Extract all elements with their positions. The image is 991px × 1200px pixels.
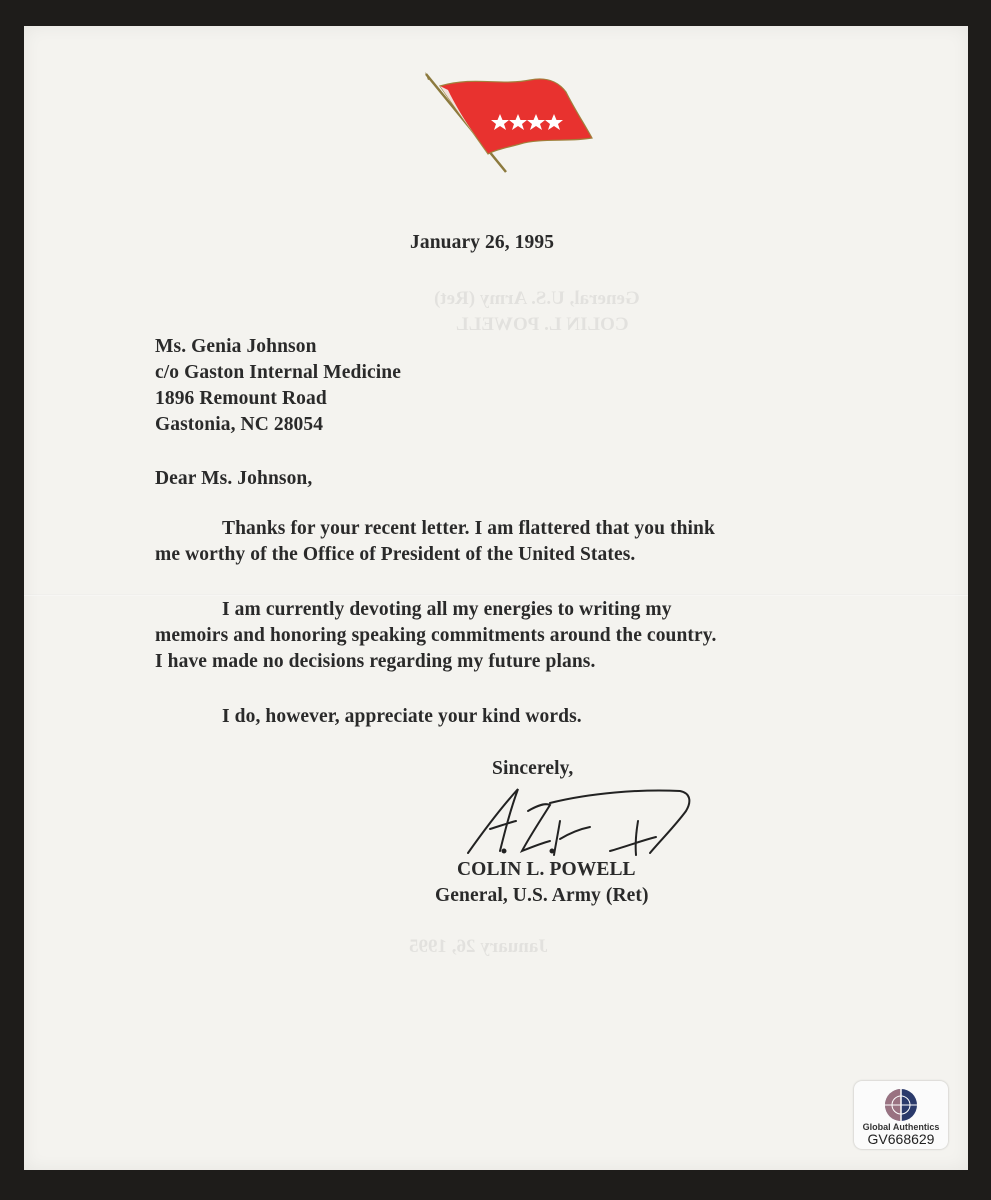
- body-line: Thanks for your recent letter. I am flat…: [222, 516, 715, 542]
- salutation: Dear Ms. Johnson,: [155, 466, 312, 492]
- body-line: memoirs and honoring speaking commitment…: [155, 623, 717, 649]
- body-line: me worthy of the Office of President of …: [155, 542, 635, 568]
- letter-paper: General, U.S. Army (Ret) COLIN L. POWELL…: [24, 26, 968, 1170]
- sticker-serial: GV668629: [854, 1131, 948, 1147]
- letter-date: January 26, 1995: [410, 230, 554, 256]
- closing: Sincerely,: [492, 756, 573, 782]
- four-star-general-flag-icon: [420, 70, 595, 174]
- paper-fold-line: [24, 594, 968, 596]
- recipient-street: 1896 Remount Road: [155, 386, 327, 412]
- signer-name: COLIN L. POWELL: [457, 857, 636, 883]
- show-through-text: January 26, 1995: [409, 936, 548, 958]
- authentication-sticker: Global Authentics GV668629: [854, 1081, 948, 1149]
- body-line: I do, however, appreciate your kind word…: [222, 704, 582, 730]
- recipient-line2: c/o Gaston Internal Medicine: [155, 360, 401, 386]
- body-line: I am currently devoting all my energies …: [222, 597, 672, 623]
- body-line: I have made no decisions regarding my fu…: [155, 649, 595, 675]
- show-through-text: General, U.S. Army (Ret): [434, 288, 640, 310]
- signature: [460, 781, 700, 861]
- show-through-text: COLIN L. POWELL: [456, 314, 629, 336]
- globe-logo-icon: [884, 1088, 918, 1122]
- recipient-name: Ms. Genia Johnson: [155, 334, 317, 360]
- recipient-city: Gastonia, NC 28054: [155, 412, 323, 438]
- signer-title: General, U.S. Army (Ret): [435, 883, 649, 909]
